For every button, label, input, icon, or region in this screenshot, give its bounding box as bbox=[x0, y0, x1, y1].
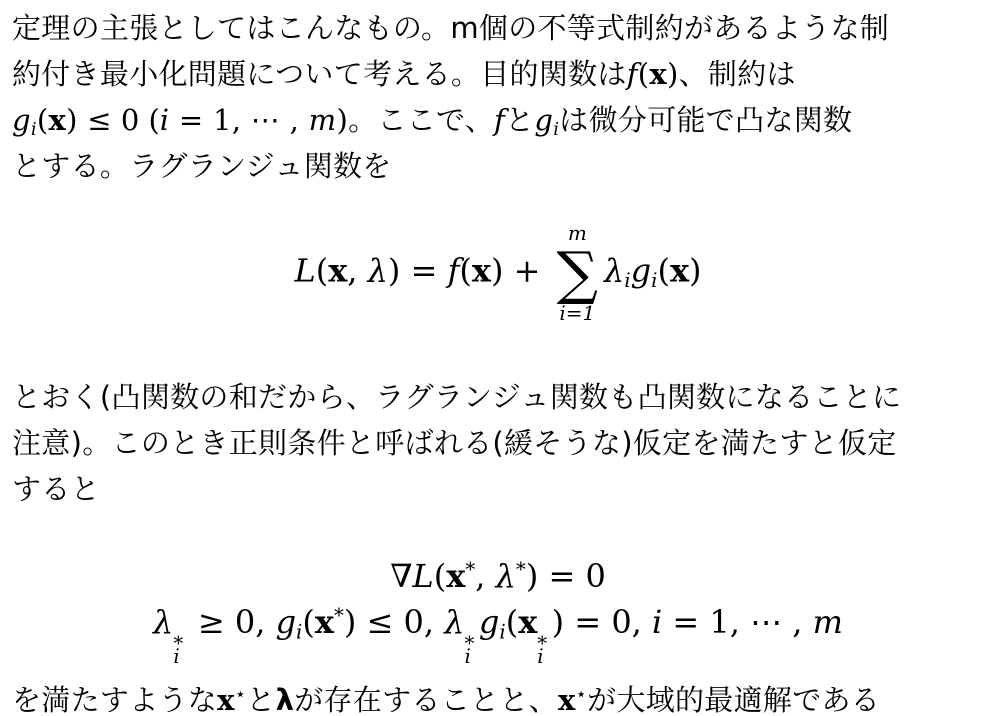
math-i: i bbox=[160, 103, 170, 137]
math-f: f bbox=[494, 103, 505, 137]
intro-line-3-to: と bbox=[505, 103, 534, 137]
intro-line-2-text: 約付き最小化問題について考える。目的関数は bbox=[12, 57, 627, 91]
math-g: g bbox=[479, 603, 499, 641]
math-paren-open: ( bbox=[506, 603, 518, 641]
intro-line-3: gi(x) ≤ 0 (i = 1, ⋯ , m)。ここで、fとgiは微分可能で凸… bbox=[12, 97, 987, 143]
intro-line-1: 定理の主張としてはこんなもの。m個の不等式制約があるような制 bbox=[12, 5, 987, 51]
math-i: i bbox=[652, 603, 662, 641]
paragraph-conclusion: を満たすようなx⋆とλが存在することと、x⋆が大域的最適解である bbox=[12, 672, 987, 716]
math-ge0: ≥ 0, bbox=[188, 603, 276, 641]
math-paren-open: ( bbox=[316, 252, 328, 290]
math-star: * bbox=[516, 558, 526, 581]
math-bold-x: x bbox=[558, 683, 576, 716]
math-bold-x: x bbox=[217, 683, 235, 716]
regularity-line-1: とおく(凸関数の和だから、ラグランジュ関数も凸関数になることに bbox=[12, 374, 987, 420]
math-le0: ≤ 0, bbox=[356, 603, 444, 641]
math-bold-x: x bbox=[315, 603, 334, 641]
equation-lagrangian: L(x, λ) = f(x) + m∑i=1λigi(x) bbox=[0, 222, 996, 324]
math-eq0: = 0, bbox=[564, 603, 652, 641]
math-paren-close: ) bbox=[491, 252, 503, 290]
regularity-line-3: すると bbox=[12, 466, 987, 512]
math-lambda: λ bbox=[604, 252, 624, 290]
math-star: ⋆ bbox=[235, 684, 247, 705]
summation: m∑i=1 bbox=[557, 222, 598, 324]
math-comma: , bbox=[475, 557, 495, 595]
conclusion-text-2: が存在することと、 bbox=[294, 683, 558, 716]
math-rhs: = 0 bbox=[538, 557, 606, 595]
math-paren-close: ) bbox=[388, 252, 400, 290]
math-bold-x: x bbox=[49, 103, 67, 137]
math-inequality: ≤ 0 ( bbox=[87, 103, 160, 137]
math-paren-close: ) bbox=[526, 557, 538, 595]
math-lambda: λ bbox=[153, 603, 173, 641]
intro-line-2-tail: 、制約は bbox=[679, 57, 796, 91]
intro-line-3-text2: は微分可能で凸な関数 bbox=[559, 103, 852, 137]
math-bold-x: x bbox=[472, 252, 491, 290]
intro-line-3-text1: 。ここで、 bbox=[348, 103, 494, 137]
equation-gradient: ∇L(x*, λ*) = 0 bbox=[0, 548, 996, 598]
math-f: f bbox=[448, 252, 460, 290]
nabla-symbol: ∇ bbox=[390, 557, 412, 595]
math-plus: + bbox=[503, 252, 550, 290]
sum-symbol: ∑ bbox=[557, 244, 598, 302]
intro-line-4: とする。ラグランジュ関数を bbox=[12, 143, 987, 189]
paragraph-intro: 定理の主張としてはこんなもの。m個の不等式制約があるような制 約付き最小化問題に… bbox=[12, 5, 987, 189]
math-bold-x: x bbox=[670, 252, 689, 290]
math-paren-open: ( bbox=[657, 252, 669, 290]
math-g: g bbox=[12, 103, 31, 137]
conclusion-text-3: が大域的最適解である bbox=[587, 683, 880, 716]
math-paren-open: ( bbox=[638, 57, 650, 91]
sum-lower-limit: i=1 bbox=[557, 302, 598, 324]
math-bold-x: x bbox=[446, 557, 465, 595]
math-paren-close: ) bbox=[689, 252, 701, 290]
math-lambda: λ bbox=[444, 603, 464, 641]
paragraph-regularity: とおく(凸関数の和だから、ラグランジュ関数も凸関数になることに 注意)。このとき… bbox=[12, 374, 987, 512]
math-bold-x: x bbox=[649, 57, 667, 91]
math-star: * bbox=[465, 558, 475, 581]
math-bold-x: x bbox=[518, 603, 537, 641]
conclusion-line-1: を満たすようなx⋆とλが存在することと、x⋆が大域的最適解である bbox=[12, 672, 987, 716]
regularity-line-2: 注意)。このとき正則条件と呼ばれる(緩そうな)仮定を満たすと仮定 bbox=[12, 420, 987, 466]
math-m: m bbox=[813, 603, 843, 641]
math-star: ⋆ bbox=[576, 684, 588, 705]
math-paren-open: ( bbox=[434, 557, 446, 595]
math-range: = 1, ⋯ , bbox=[662, 603, 812, 641]
math-range: = 1, ⋯ , bbox=[169, 103, 308, 137]
conclusion-text-1: を満たすような bbox=[12, 683, 217, 716]
math-paren-close: ) bbox=[66, 103, 78, 137]
math-paren-close: ) bbox=[552, 603, 564, 641]
math-star: * bbox=[334, 604, 344, 627]
math-comma: , bbox=[347, 252, 367, 290]
math-m: m bbox=[309, 103, 337, 137]
math-g: g bbox=[631, 252, 651, 290]
math-lambda: λ bbox=[496, 557, 516, 595]
math-L: L bbox=[294, 252, 315, 290]
math-g: g bbox=[276, 603, 296, 641]
conclusion-to: と bbox=[246, 683, 275, 716]
intro-line-2: 約付き最小化問題について考える。目的関数はf(x)、制約は bbox=[12, 51, 987, 97]
math-equals: = bbox=[400, 252, 447, 290]
math-paren-open: ( bbox=[302, 603, 314, 641]
math-paren-close: ) bbox=[344, 603, 356, 641]
math-lambda: λ bbox=[368, 252, 388, 290]
math-bold-x: x bbox=[328, 252, 347, 290]
math-f: f bbox=[627, 57, 638, 91]
math-paren-close: ) bbox=[667, 57, 679, 91]
equation-kkt: λ*i ≥ 0, gi(x*) ≤ 0, λ*igi(x*i) = 0, i =… bbox=[0, 594, 996, 654]
math-paren-open: ( bbox=[459, 252, 471, 290]
math-lambda: λ bbox=[276, 683, 295, 716]
math-paren-open: ( bbox=[37, 103, 49, 137]
math-close: ) bbox=[336, 103, 348, 137]
math-g: g bbox=[534, 103, 553, 137]
math-L: L bbox=[413, 557, 434, 595]
